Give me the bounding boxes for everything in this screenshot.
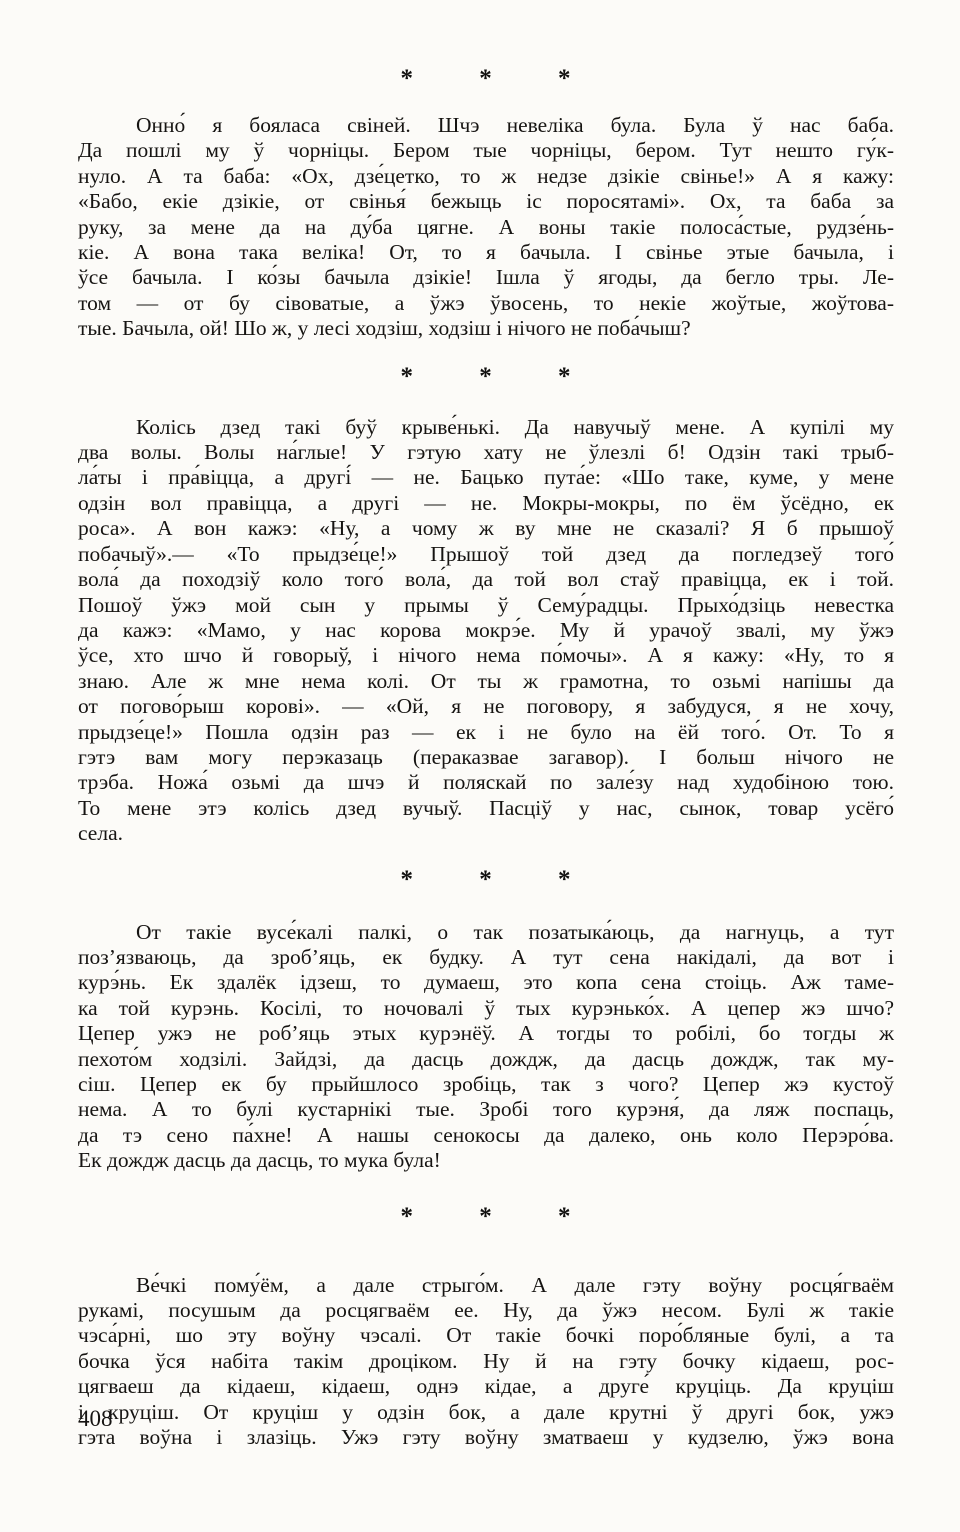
text-line: поз’язваюць, да зроб’яць, ек будку. А ту… — [78, 945, 894, 970]
text-line: трэба. Ножа́ озьмі да шчэ й поляскай по … — [78, 770, 894, 795]
text-line: Цепер ужэ не роб’яць этых курэнёў. А тог… — [78, 1021, 894, 1046]
folklore-paragraph-4: Ве́чкі пому́ём, а дале стрыго́м. А дале … — [78, 1273, 894, 1451]
text-line: руку, за мене да на ду́ба цягне. А воны … — [78, 215, 894, 240]
text-line: ла́ты і пра́віцца, а другі́ — не. Бацько… — [78, 465, 894, 490]
folklore-paragraph-1: Онно́ я бояласа свіней. Шчэ невеліка бул… — [78, 113, 894, 342]
text-line: бочка ўся набіта такім дроціком. Ну й на… — [78, 1349, 894, 1374]
text-line: том — от бу сівоватые, а ўжэ ўвосень, то… — [78, 291, 894, 316]
text-line: і круціш. От круціш у одзін бок, а дале … — [78, 1400, 894, 1425]
text-line: нема. А то булі кустарнікі тые. Зробі то… — [78, 1097, 894, 1122]
text-line: То мене этэ колісь дзед вучыў. Пасціў у … — [78, 796, 894, 821]
text-line: сіш. Цепер ек бу прыйшлосо зробіць, так … — [78, 1072, 894, 1097]
text-line: Онно́ я бояласа свіней. Шчэ невеліка бул… — [78, 113, 894, 138]
page-number: 408 — [78, 1406, 113, 1432]
book-page: * * * Онно́ я бояласа свіней. Шчэ невелі… — [0, 0, 960, 1532]
text-line: пехото́м ходзілі. Зайдзі, да дасць дождж… — [78, 1047, 894, 1072]
text-line: гэта воўна і злазіць. Ужэ гэту воўну зма… — [78, 1425, 894, 1450]
text-line: Пошоў ўжэ мой сын у прымы ў Сему́радцы. … — [78, 593, 894, 618]
text-line: ўсе, хто шчо й говорыў, і нічого нема по… — [78, 643, 894, 668]
folklore-paragraph-3: От такіе вусе́калі палкі, о так позатыка… — [78, 920, 894, 1174]
section-separator: * * * — [78, 66, 894, 91]
text-line: курэ́нь. Ек здалёк ідзеш, то думаеш, это… — [78, 970, 894, 995]
text-line: знаю. Але ж мне нема колі. От ты ж грамо… — [78, 669, 894, 694]
text-line: от погово́рыш корові». — «Ой, я не погов… — [78, 694, 894, 719]
text-line: прыдзе́це!» Пошла одзін раз — ек і не бу… — [78, 720, 894, 745]
text-line: ўсе бачыла. І ко́зы бачыла дзікіе! Ішла … — [78, 265, 894, 290]
text-line: да тэ сено па́хне! А нашы сенокосы да да… — [78, 1123, 894, 1148]
folklore-paragraph-2: Колісь дзед такі буў крыве́нькі. Да наву… — [78, 415, 894, 847]
text-line: кіе. А вона така веліка! От, то я бачыла… — [78, 240, 894, 265]
text-line: Колісь дзед такі буў крыве́нькі. Да наву… — [78, 415, 894, 440]
section-separator: * * * — [78, 867, 894, 892]
text-line: нуло. А та баба: «Ох, дзе́цетко, то ж не… — [78, 164, 894, 189]
text-line: Да пошлі му ў чорніцы. Бером тые чорніцы… — [78, 138, 894, 163]
section-separator: * * * — [78, 1204, 894, 1229]
section-separator: * * * — [78, 364, 894, 389]
text-line: Ве́чкі пому́ём, а дале стрыго́м. А дале … — [78, 1273, 894, 1298]
text-line: вола́ да походзіў коло того́ вола́, да т… — [78, 567, 894, 592]
text-line: рукамі, посушым да росцягваём ее. Ну, да… — [78, 1298, 894, 1323]
text-line: роса». А вон кажэ: «Ну, а чому ж ву мне … — [78, 516, 894, 541]
text-line: два волы. Волы на́глые! У гэтую хату не … — [78, 440, 894, 465]
text-line: цягваеш да кідаеш, кідаеш, однэ кідае, а… — [78, 1374, 894, 1399]
text-line: чэса́рні, шо эту воўну чэсалі. От такіе … — [78, 1323, 894, 1348]
text-line: ка той курэнь. Косілі, то ночовалі ў тых… — [78, 996, 894, 1021]
text-line: тые. Бачыла, ой! Шо ж, у лесі ходзіш, хо… — [78, 316, 894, 341]
text-line: одзін вол правіцца, а другі — не. Мокры-… — [78, 491, 894, 516]
text-line: да кажэ: «Мамо, у нас корова мокрэ́е. Му… — [78, 618, 894, 643]
text-line: села. — [78, 821, 894, 846]
text-line: Ек дождж дасць да дасць, то мука була! — [78, 1148, 894, 1173]
text-line: побачыў».— «То прыдзе́це!» Прышоў той дз… — [78, 542, 894, 567]
text-line: «Бабо, екіе дзікіе, от свінья́ бежыць іс… — [78, 189, 894, 214]
text-line: гэтэ вам могу перэказаць (пераказвае заг… — [78, 745, 894, 770]
text-line: От такіе вусе́калі палкі, о так позатыка… — [78, 920, 894, 945]
